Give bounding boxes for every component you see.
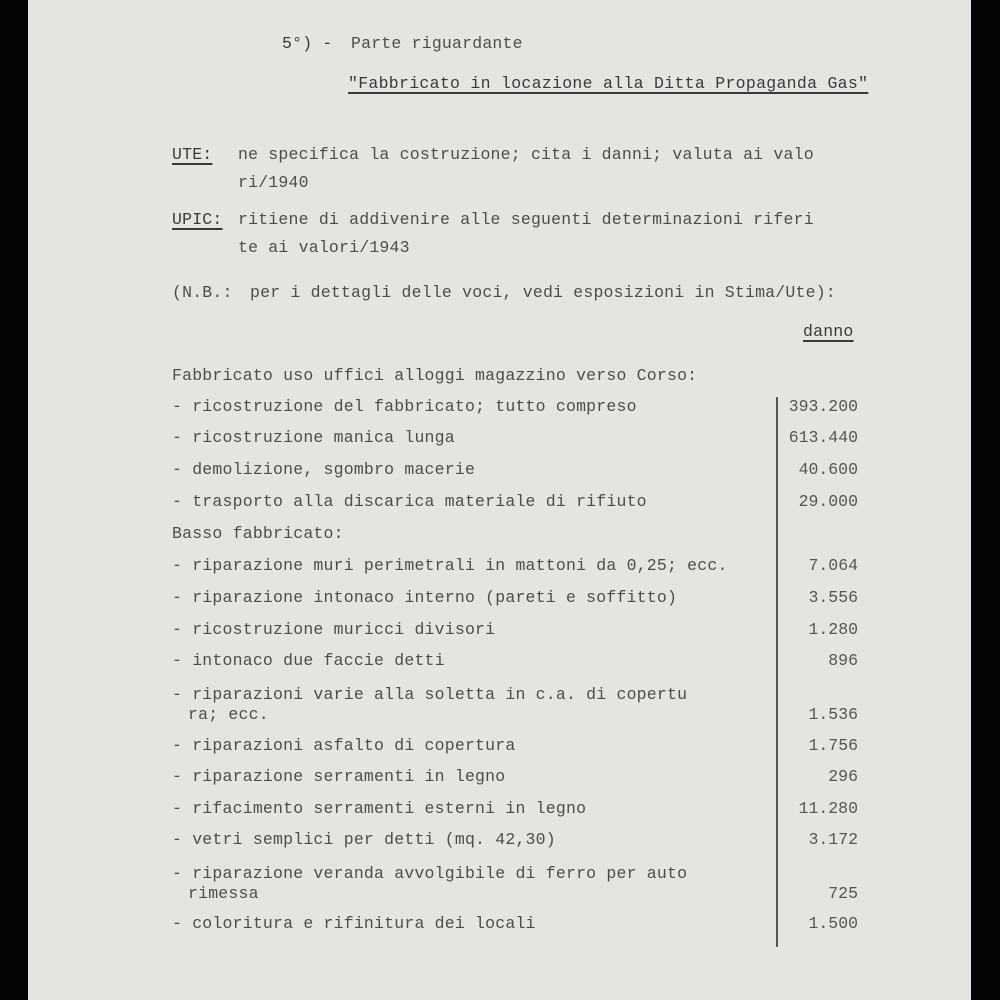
item-text: - riparazione muri perimetrali in matton… [172,556,728,576]
nb-label: (N.B.: [172,283,233,303]
upic-text-line1: ritiene di addivenire alle seguenti dete… [238,210,814,230]
group-heading: Basso fabbricato: [172,524,344,544]
column-header-danno: danno [803,322,854,342]
section-title: Parte riguardante [351,34,523,54]
section-number: 5°) - [282,34,333,54]
item-value: 3.172 [748,830,858,850]
document-subtitle: "Fabbricato in locazione alla Ditta Prop… [348,74,868,94]
item-value: 1.756 [748,736,858,756]
item-text: - riparazioni varie alla soletta in c.a.… [172,685,687,705]
item-value: 1.500 [748,914,858,934]
item-value: 896 [748,651,858,671]
item-text: - rifacimento serramenti esterni in legn… [172,799,586,819]
item-text: - riparazioni asfalto di copertura [172,736,515,756]
document-page: 5°) - Parte riguardante "Fabbricato in l… [28,0,971,1000]
upic-label: UPIC: [172,210,223,230]
item-value: 296 [748,767,858,787]
nb-text: per i dettagli delle voci, vedi esposizi… [250,283,836,303]
item-text: - riparazione veranda avvolgibile di fer… [172,864,687,884]
item-value: 613.440 [748,428,858,448]
item-value: 40.600 [748,460,858,480]
ute-label: UTE: [172,145,212,165]
group-heading: Fabbricato uso uffici alloggi magazzino … [172,366,697,386]
column-divider-line [776,397,778,947]
item-text: - trasporto alla discarica materiale di … [172,492,647,512]
item-text: - riparazione intonaco interno (pareti e… [172,588,677,608]
item-text: - demolizione, sgombro macerie [172,460,475,480]
upic-text-line2: te ai valori/1943 [238,238,410,258]
ute-text-line2: ri/1940 [238,173,309,193]
item-text: - ricostruzione del fabbricato; tutto co… [172,397,637,417]
item-value: 393.200 [748,397,858,417]
item-text: - intonaco due faccie detti [172,651,445,671]
item-text: - vetri semplici per detti (mq. 42,30) [172,830,556,850]
item-value: 29.000 [748,492,858,512]
item-value: 725 [748,884,858,904]
item-text: - ricostruzione muricci divisori [172,620,495,640]
ute-text-line1: ne specifica la costruzione; cita i dann… [238,145,814,165]
item-value: 1.536 [748,705,858,725]
item-value: 3.556 [748,588,858,608]
item-text: - riparazione serramenti in legno [172,767,505,787]
item-text-continuation: rimessa [188,884,259,904]
item-value: 11.280 [748,799,858,819]
item-text: - ricostruzione manica lunga [172,428,455,448]
item-text: - coloritura e rifinitura dei locali [172,914,536,934]
item-text-continuation: ra; ecc. [188,705,269,725]
item-value: 1.280 [748,620,858,640]
item-value: 7.064 [748,556,858,576]
